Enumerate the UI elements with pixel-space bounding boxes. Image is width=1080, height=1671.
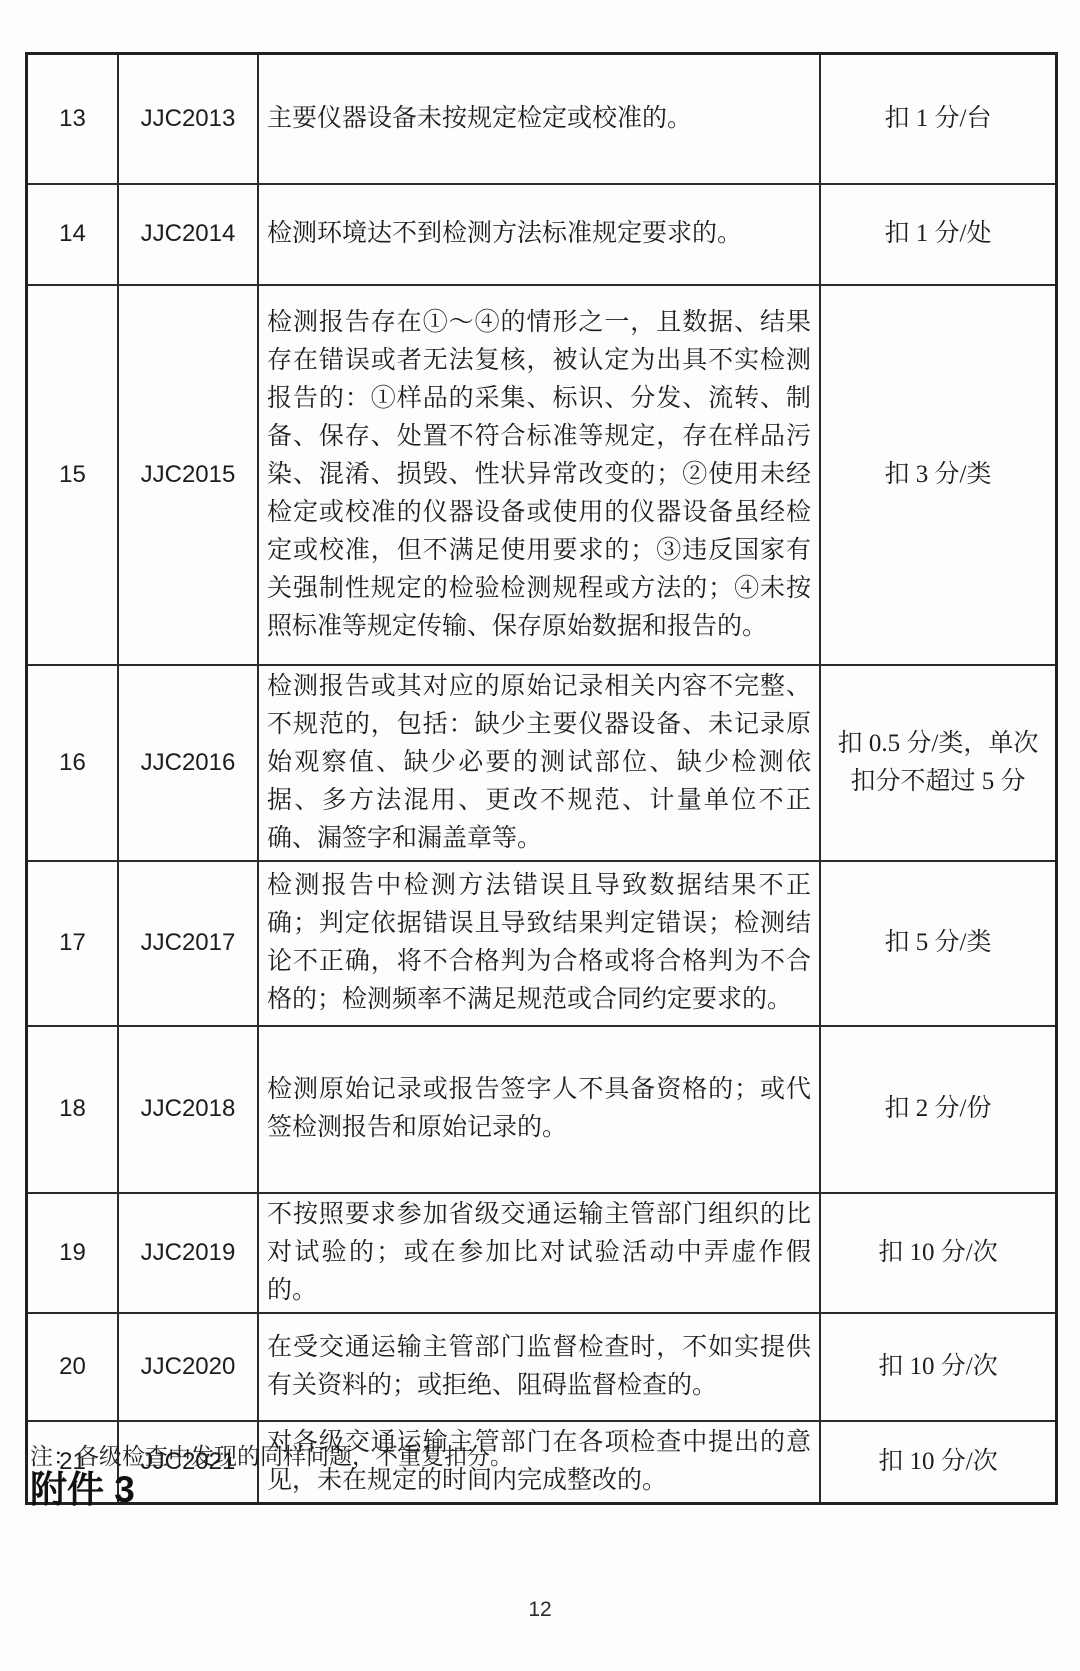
row-description: 检测报告中检测方法错误且导致数据结果不正确；判定依据错误且导致结果判定错误；检测… — [258, 861, 820, 1026]
table-row: 17 JJC2017 检测报告中检测方法错误且导致数据结果不正确；判定依据错误且… — [27, 861, 1057, 1026]
row-description: 检测报告或其对应的原始记录相关内容不完整、不规范的，包括：缺少主要仪器设备、未记… — [258, 665, 820, 861]
row-deduction: 扣 10 分/次 — [820, 1193, 1057, 1313]
row-number: 16 — [27, 665, 119, 861]
row-deduction: 扣 2 分/份 — [820, 1026, 1057, 1193]
table-row: 15 JJC2015 检测报告存在①～④的情形之一，且数据、结果存在错误或者无法… — [27, 285, 1057, 665]
row-deduction: 扣 1 分/台 — [820, 54, 1057, 184]
row-code: JJC2014 — [118, 184, 258, 285]
attachment-heading: 附件 3 — [30, 1468, 135, 1512]
row-code: JJC2018 — [118, 1026, 258, 1193]
table-row: 19 JJC2019 不按照要求参加省级交通运输主管部门组织的比对试验的；或在参… — [27, 1193, 1057, 1313]
table-row: 18 JJC2018 检测原始记录或报告签字人不具备资格的；或代签检测报告和原始… — [27, 1026, 1057, 1193]
row-description: 检测环境达不到检测方法标准规定要求的。 — [258, 184, 820, 285]
row-description: 不按照要求参加省级交通运输主管部门组织的比对试验的；或在参加比对试验活动中弄虚作… — [258, 1193, 820, 1313]
row-number: 15 — [27, 285, 119, 665]
table-footnote: 注：各级检查中发现的同样问题，不重复扣分。 — [30, 1443, 1030, 1471]
row-deduction: 扣 5 分/类 — [820, 861, 1057, 1026]
table-row: 20 JJC2020 在受交通运输主管部门监督检查时，不如实提供有关资料的；或拒… — [27, 1313, 1057, 1421]
row-deduction: 扣 0.5 分/类，单次扣分不超过 5 分 — [820, 665, 1057, 861]
row-code: JJC2017 — [118, 861, 258, 1026]
table-row: 13 JJC2013 主要仪器设备未按规定检定或校准的。 扣 1 分/台 — [27, 54, 1057, 184]
row-number: 18 — [27, 1026, 119, 1193]
row-deduction: 扣 1 分/处 — [820, 184, 1057, 285]
row-code: JJC2020 — [118, 1313, 258, 1421]
row-description: 检测报告存在①～④的情形之一，且数据、结果存在错误或者无法复核，被认定为出具不实… — [258, 285, 820, 665]
document-page: 13 JJC2013 主要仪器设备未按规定检定或校准的。 扣 1 分/台 14 … — [0, 0, 1080, 1671]
row-description: 在受交通运输主管部门监督检查时，不如实提供有关资料的；或拒绝、阻碍监督检查的。 — [258, 1313, 820, 1421]
row-code: JJC2016 — [118, 665, 258, 861]
row-code: JJC2019 — [118, 1193, 258, 1313]
row-number: 13 — [27, 54, 119, 184]
row-deduction: 扣 3 分/类 — [820, 285, 1057, 665]
row-number: 19 — [27, 1193, 119, 1313]
row-number: 14 — [27, 184, 119, 285]
page-number: 12 — [0, 1598, 1080, 1622]
row-deduction: 扣 10 分/次 — [820, 1313, 1057, 1421]
table-row: 16 JJC2016 检测报告或其对应的原始记录相关内容不完整、不规范的，包括：… — [27, 665, 1057, 861]
row-code: JJC2015 — [118, 285, 258, 665]
row-description: 检测原始记录或报告签字人不具备资格的；或代签检测报告和原始记录的。 — [258, 1026, 820, 1193]
row-number: 17 — [27, 861, 119, 1026]
row-description: 主要仪器设备未按规定检定或校准的。 — [258, 54, 820, 184]
table-row: 14 JJC2014 检测环境达不到检测方法标准规定要求的。 扣 1 分/处 — [27, 184, 1057, 285]
row-code: JJC2013 — [118, 54, 258, 184]
row-number: 20 — [27, 1313, 119, 1421]
deduction-score-table: 13 JJC2013 主要仪器设备未按规定检定或校准的。 扣 1 分/台 14 … — [25, 52, 1058, 1505]
